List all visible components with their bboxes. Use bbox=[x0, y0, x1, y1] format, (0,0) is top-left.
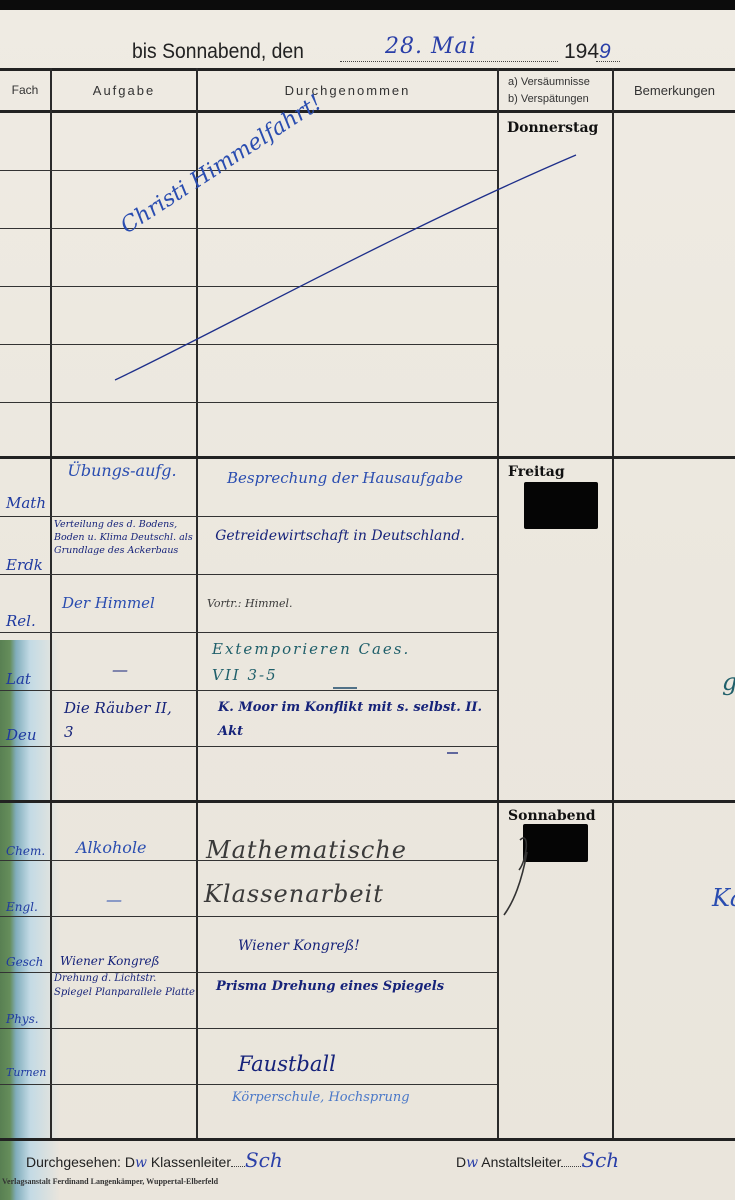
aufgabe-rel: Der Himmel bbox=[62, 594, 155, 612]
aufgabe-deu: Die Räuber II, 3 bbox=[64, 696, 184, 744]
fach-math: Math bbox=[6, 494, 46, 512]
durchgenommen-deu: K. Moor im Konflikt mit s. selbst. II. A… bbox=[218, 696, 503, 744]
remark-fragment-sonnabend: Ka bbox=[712, 884, 735, 912]
durchgesehen-label: Durchgesehen: D bbox=[26, 1154, 135, 1170]
anstaltsleiter-label: Anstaltsleiter bbox=[481, 1154, 561, 1170]
fach-engl: Engl. bbox=[6, 900, 38, 914]
aufgabe-gesch: Wiener Kongreß bbox=[60, 954, 160, 968]
title-date: 28. Mai bbox=[385, 34, 477, 59]
durchgenommen-lat: Extemporieren Caes. VII 3-5 bbox=[212, 636, 432, 688]
anstaltsleiter-signature: Sch bbox=[581, 1148, 619, 1172]
title-dotted-line-2 bbox=[596, 61, 620, 62]
durchgenommen-gesch: Wiener Kongreß! bbox=[238, 938, 360, 954]
day-label-freitag: Freitag bbox=[508, 464, 565, 480]
year-printed: 194 bbox=[564, 40, 599, 63]
footer-klassenleiter: Durchgesehen: Dw KlassenleiterSch bbox=[26, 1148, 283, 1172]
klassenleiter-signature: Sch bbox=[245, 1148, 283, 1172]
fach-erdk: Erdk bbox=[6, 556, 43, 574]
aufgabe-engl: — bbox=[106, 890, 122, 909]
fach-gesch: Gesch bbox=[6, 955, 43, 969]
redaction-box-freitag bbox=[524, 482, 598, 529]
publisher-imprint: Verlagsanstalt Ferdinand Langenkämper, W… bbox=[2, 1177, 218, 1186]
fach-chem: Chem. bbox=[6, 844, 45, 858]
title-dotted-line bbox=[340, 61, 558, 62]
aufgabe-phys: Drehung d. Lichtstr. Spiegel Planparalle… bbox=[54, 972, 196, 1000]
durchgenommen-math: Besprechung der Hausaufgabe bbox=[210, 466, 480, 490]
klassenleiter-label: Klassenleiter bbox=[151, 1154, 231, 1170]
klassenleiter-initials: w bbox=[135, 1155, 147, 1171]
fach-rel: Rel. bbox=[6, 612, 36, 630]
column-header-fach: Fach bbox=[0, 83, 50, 97]
redaction-box-sonnabend bbox=[523, 824, 588, 862]
aufgabe-chem: Alkohole bbox=[76, 838, 147, 857]
fach-lat: Lat bbox=[6, 670, 31, 688]
durchgenommen-chem: Mathematische bbox=[206, 836, 407, 864]
fach-deu: Deu bbox=[6, 726, 37, 744]
day-label-donnerstag: Donnerstag bbox=[507, 120, 598, 136]
anstaltsleiter-initials: w bbox=[466, 1155, 478, 1171]
durchgenommen-engl: Klassenarbeit bbox=[204, 880, 384, 908]
column-header-versaeumnisse-a: a) Versäumnisse bbox=[508, 74, 612, 91]
column-header-durchgenommen: Durchgenommen bbox=[198, 83, 497, 98]
column-header-aufgabe: Aufgabe bbox=[52, 83, 196, 98]
footer-anstaltsleiter: Dw AnstaltsleiterSch bbox=[456, 1148, 619, 1172]
durchgenommen-turnen: Faustball bbox=[238, 1052, 336, 1076]
fach-phys: Phys. bbox=[6, 1012, 39, 1026]
column-header-bemerkungen: Bemerkungen bbox=[614, 83, 735, 98]
anstaltsleiter-prefix: D bbox=[456, 1154, 466, 1170]
page-title: bis Sonnabend, den 28. Mai 1949 bbox=[0, 36, 735, 66]
aufgabe-erdk: Verteilung des d. Bodens, Boden u. Klima… bbox=[54, 518, 196, 557]
title-prefix: bis Sonnabend, den bbox=[132, 40, 304, 64]
durchgenommen-phys: Prisma Drehung eines Spiegels bbox=[216, 974, 486, 1000]
day-label-sonnabend: Sonnabend bbox=[508, 808, 596, 824]
aufgabe-math: Übungs-aufg. bbox=[62, 460, 182, 482]
column-header-versaeumnisse: a) Versäumnisse b) Verspätungen bbox=[508, 74, 612, 108]
fach-turnen: Turnen bbox=[6, 1066, 46, 1079]
durchgenommen-rel: Vortr.: Himmel. bbox=[207, 597, 292, 610]
column-header-versaeumnisse-b: b) Verspätungen bbox=[508, 91, 612, 108]
durchgenommen-erdk: Getreidewirtschaft in Deutschland. bbox=[205, 524, 475, 548]
aufgabe-lat: — bbox=[112, 660, 128, 679]
remark-fragment-freitag: g bbox=[722, 668, 735, 696]
year-handwritten: 9 bbox=[599, 40, 611, 63]
durchgenommen-turnen-2: Körperschule, Hochsprung bbox=[232, 1090, 410, 1105]
scan-border bbox=[0, 0, 735, 10]
